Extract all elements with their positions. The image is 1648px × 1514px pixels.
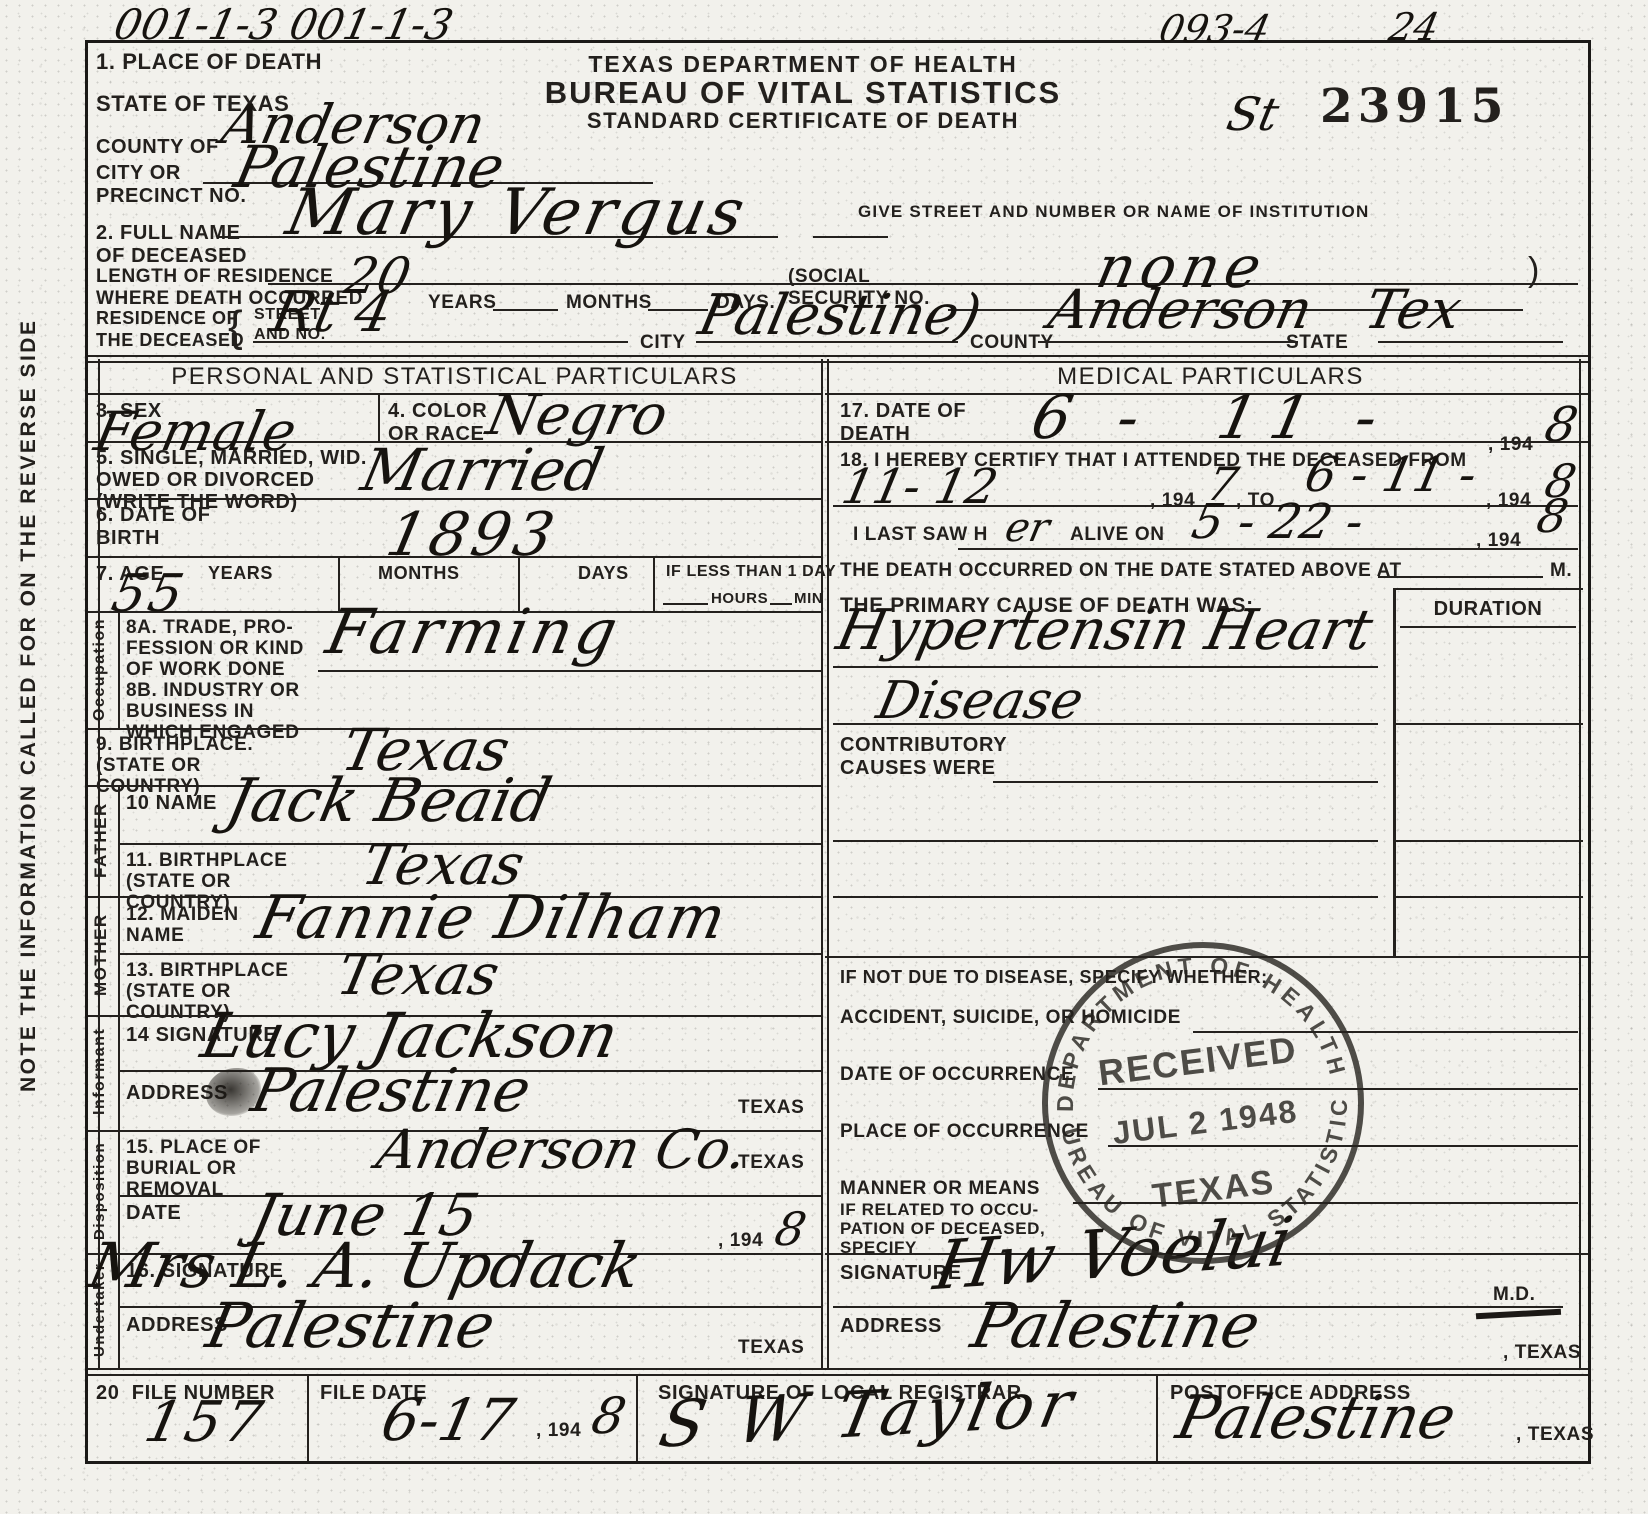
- last-saw-pronoun: er: [1002, 508, 1053, 548]
- county-label: COUNTY OF: [96, 137, 219, 157]
- column-divider: [821, 359, 829, 1368]
- res-of-label-2: THE DECEASED: [96, 331, 244, 349]
- duration-rule-1: [1393, 723, 1583, 725]
- res-city-label: CITY: [640, 333, 686, 352]
- informant-addr-state: TEXAS: [738, 1098, 804, 1117]
- father-name-label: 10 NAME: [126, 793, 217, 813]
- marital-label-2: OWED OR DIVORCED: [96, 470, 315, 490]
- received-stamp: DEPARTMENT OF HEALTH BUREAU OF VITAL STA…: [1002, 902, 1403, 1303]
- file-date-year-hw: 8: [588, 1391, 630, 1441]
- trade-label-2: FESSION OR KIND: [126, 639, 304, 658]
- fullname-label-2: OF DECEASED: [96, 246, 247, 266]
- dod-value: 6 - 11 -: [1027, 388, 1397, 448]
- undertaker-sig-value: Mrs L. A. Updack: [83, 1235, 646, 1297]
- res-state-rule: [1378, 341, 1563, 343]
- postoffice-state: , TEXAS: [1516, 1425, 1594, 1444]
- informant-addr-value: Palestine: [247, 1061, 536, 1121]
- burial-state: TEXAS: [738, 1153, 804, 1172]
- min-label: MIN: [794, 591, 823, 606]
- occurred-m-label: M.: [1550, 561, 1572, 580]
- standard-title: STANDARD CERTIFICATE OF DEATH: [468, 110, 1138, 132]
- cause-value-line1: Hypertensin Heart: [832, 603, 1377, 659]
- death-certificate-scan: NOTE THE INFORMATION CALLED FOR ON THE R…: [0, 0, 1648, 1514]
- contrib-blank-2: [833, 896, 1378, 898]
- header-divider: [88, 355, 1588, 363]
- marital-value: Married: [357, 441, 609, 499]
- attended-from-year: , 194: [1150, 491, 1195, 510]
- burial-date-label: DATE: [126, 1203, 181, 1223]
- occurred-label: THE DEATH OCCURRED ON THE DATE STATED AB…: [840, 561, 1402, 580]
- months-label: MONTHS: [566, 293, 652, 312]
- occupation-cell-rule: [118, 611, 120, 728]
- dod-year-printed: , 194: [1488, 435, 1533, 454]
- related-label-1: IF RELATED TO OCCU-: [840, 1201, 1039, 1218]
- attended-to-year: , 194: [1486, 491, 1531, 510]
- city-label-1: CITY OR: [96, 163, 181, 183]
- footer-divider-3: [1156, 1374, 1158, 1461]
- months-rule: [648, 309, 708, 311]
- personal-section-title: PERSONAL AND STATISTICAL PARTICULARS: [88, 365, 821, 389]
- duration-rule-2: [1393, 840, 1583, 842]
- stamp-arc-top: DEPARTMENT OF HEALTH: [1035, 935, 1353, 1116]
- medical-addr-state: , TEXAS: [1503, 1343, 1581, 1362]
- dob-label-2: BIRTH: [96, 528, 160, 548]
- burial-label-2: BURIAL OR: [126, 1159, 237, 1178]
- fullname-value: Mary Vergus: [281, 181, 753, 245]
- street-value: Rt 4: [267, 285, 397, 341]
- top-right-code-b: 24: [1386, 8, 1442, 46]
- certificate-form: 1. PLACE OF DEATH TEXAS DEPARTMENT OF HE…: [85, 40, 1591, 1464]
- contrib-rule: [993, 781, 1378, 783]
- dob-value: 1893: [382, 505, 563, 565]
- dob-label-1: 6. DATE OF: [96, 505, 211, 525]
- occurred-rule: [1378, 576, 1543, 578]
- last-saw-date-value: 5 - 22 -: [1188, 498, 1368, 546]
- dod-label-1: 17. DATE OF: [840, 401, 966, 421]
- medical-sig-md: M.D.: [1493, 1285, 1536, 1304]
- father-bp-label-1: 11. BIRTHPLACE: [126, 851, 288, 870]
- mother-cell-rule: [118, 896, 120, 1015]
- hours-rule: [663, 603, 708, 605]
- less-than-day-label: IF LESS THAN 1 DAY: [666, 564, 836, 580]
- city-rule-短: [813, 236, 888, 238]
- manner-label: MANNER OR MEANS: [840, 1179, 1040, 1198]
- trade-rule: [318, 670, 821, 672]
- burial-value: Anderson Co.: [372, 1123, 752, 1177]
- svg-text:DEPARTMENT OF HEALTH: DEPARTMENT OF HEALTH: [1035, 935, 1353, 1116]
- top-right-code-a: 093-4: [1156, 10, 1274, 48]
- medical-addr-label: ADDRESS: [840, 1316, 942, 1336]
- inner-right-border: [1579, 359, 1581, 1368]
- medical-addr-value: Palestine: [966, 1295, 1265, 1357]
- hours-label: HOURS: [711, 591, 768, 606]
- file-date-year: , 194: [536, 1421, 581, 1440]
- mother-name-value: Fannie Dilham: [252, 888, 733, 948]
- birthplace-label-1: 9. BIRTHPLACE.: [96, 735, 253, 754]
- father-bp-label-2: (STATE OR: [126, 872, 231, 891]
- footer-divider-1: [307, 1374, 309, 1461]
- duration-rule-3: [1393, 896, 1583, 898]
- duration-label: DURATION: [1393, 599, 1583, 619]
- last-saw-year-hw: 8: [1533, 493, 1572, 539]
- postoffice-value: Palestine: [1172, 1388, 1461, 1448]
- attended-from-value: 11- 12: [838, 463, 1002, 511]
- birthplace-label-2: (STATE OR: [96, 756, 201, 775]
- cert-number: 23915: [1320, 83, 1509, 130]
- industry-label-1: 8B. INDUSTRY OR: [126, 681, 300, 700]
- street-note-label: GIVE STREET AND NUMBER OR NAME OF INSTIT…: [858, 203, 1369, 220]
- bureau-title: BUREAU OF VITAL STATISTICS: [468, 77, 1138, 108]
- top-left-code: 001-1-3 001-1-3: [111, 4, 457, 46]
- last-saw-label-2: ALIVE ON: [1070, 525, 1165, 544]
- dept-title: TEXAS DEPARTMENT OF HEALTH: [468, 53, 1138, 76]
- mother-bp-value: Texas: [332, 948, 504, 1004]
- sex-value: Female: [90, 405, 301, 459]
- scratch-mark: [1476, 1309, 1561, 1319]
- min-rule: [770, 603, 792, 605]
- duration-box-left: [1393, 588, 1396, 956]
- occupation-side-label: Occupation: [92, 613, 116, 726]
- undertaker-addr-state: TEXAS: [738, 1338, 804, 1357]
- duration-rule-0: [1400, 626, 1576, 628]
- mother-name-label-2: NAME: [126, 926, 184, 945]
- years-rule: [493, 309, 558, 311]
- age-value: 55: [107, 568, 190, 620]
- trade-value: Farming: [321, 601, 626, 663]
- age-tick-3: [653, 556, 655, 611]
- age-days-label: DAYS: [578, 564, 629, 582]
- attended-to-value: 6 - 11 -: [1301, 451, 1481, 499]
- res-city-value: Palestine): [694, 288, 986, 344]
- contrib-label-1: CONTRIBUTORY: [840, 735, 1007, 755]
- stamp-date-text: JUL 2 1948: [1110, 1093, 1300, 1151]
- father-cell-rule: [118, 785, 120, 896]
- res-county-rule: [1038, 341, 1298, 343]
- burial-label-1: 15. PLACE OF: [126, 1138, 261, 1157]
- cause-value-line2: Disease: [872, 675, 1087, 727]
- res-county-value: Anderson: [1044, 283, 1317, 337]
- mother-name-label-1: 12. MAIDEN: [126, 905, 239, 924]
- trade-label-3: OF WORK DONE: [126, 660, 285, 679]
- race-label-1: 4. COLOR: [388, 401, 487, 421]
- informant-cell-rule: [118, 1015, 120, 1130]
- res-of-label-1: RESIDENCE OF: [96, 309, 238, 327]
- industry-label-2: BUSINESS IN: [126, 702, 254, 721]
- cause-rule-1: [833, 666, 1378, 668]
- personal-title-rule: [88, 393, 821, 395]
- file-date-value: 6-17: [377, 1391, 520, 1449]
- footer-top-divider: [88, 1368, 1588, 1376]
- father-name-value: Jack Beaid: [222, 771, 557, 831]
- place-of-death-label: 1. PLACE OF DEATH: [96, 51, 322, 73]
- cert-prefix: St: [1223, 91, 1283, 137]
- city-label-2: PRECINCT NO.: [96, 186, 247, 206]
- burial-date-year: , 194: [718, 1231, 763, 1250]
- informant-side-label: Informant: [92, 1017, 116, 1126]
- file-number-value: 157: [140, 1395, 271, 1451]
- contrib-blank-1: [833, 840, 1378, 842]
- mother-bp-label-1: 13. BIRTHPLACE: [126, 961, 289, 980]
- father-side-label: FATHER: [92, 787, 116, 894]
- last-saw-label-1: I LAST SAW H: [853, 525, 988, 544]
- duration-box-top: [1393, 588, 1583, 590]
- age-years-label: YEARS: [208, 564, 273, 582]
- fullname-label-1: 2. FULL NAME: [96, 223, 241, 243]
- margin-note: NOTE THE INFORMATION CALLED FOR ON THE R…: [18, 255, 48, 1155]
- footer-divider-2: [636, 1374, 638, 1461]
- ssn-paren: ): [1528, 253, 1540, 287]
- years-label: YEARS: [428, 293, 496, 312]
- stamp-texas-text: TEXAS: [1150, 1163, 1277, 1216]
- burial-date-year-hw: 8: [771, 1206, 810, 1252]
- mother-side-label: MOTHER: [92, 898, 116, 1011]
- res-brace: {: [228, 305, 243, 349]
- contrib-label-2: CAUSES WERE: [840, 758, 996, 778]
- res-state-value: Tex: [1360, 283, 1466, 337]
- undertaker-addr-value: Palestine: [201, 1295, 500, 1357]
- sex-race-divider: [378, 395, 380, 441]
- stamp-received-text: RECEIVED: [1096, 1028, 1300, 1093]
